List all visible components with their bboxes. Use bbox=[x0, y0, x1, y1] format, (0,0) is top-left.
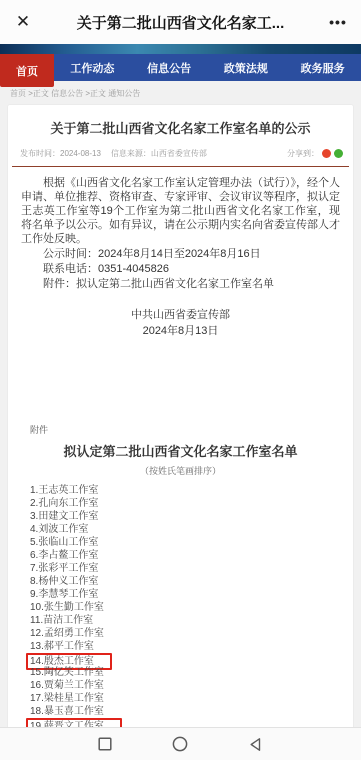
back-triangle-icon[interactable] bbox=[248, 737, 263, 752]
attachment-label: 附件 bbox=[30, 423, 353, 436]
attachment-subtitle: （按姓氏笔画排序） bbox=[8, 464, 353, 477]
app-title-bar: ✕ 关于第二批山西省文化名家工... ••• bbox=[0, 0, 361, 44]
article-body: 根据《山西省文化名家工作室认定管理办法（试行）》，经个人申请、单位推荐、资格审查… bbox=[8, 167, 353, 291]
share-label: 分享到： bbox=[287, 148, 319, 159]
workstudio-list-item: 10.张生勤工作室 bbox=[30, 601, 353, 614]
workstudio-list-item: 2.孔向东工作室 bbox=[30, 497, 353, 510]
article-title: 关于第二批山西省文化名家工作室名单的公示 bbox=[8, 105, 353, 137]
signature-block: 中共山西省委宣传部 2024年8月13日 bbox=[8, 307, 353, 339]
workstudio-list-item: 18.暴玉喜工作室 bbox=[30, 705, 353, 718]
breadcrumb[interactable]: 首页 >正文 信息公告 >正文 通知公告 bbox=[10, 88, 351, 99]
more-menu-icon[interactable]: ••• bbox=[315, 14, 361, 30]
attachment-title: 拟认定第二批山西省文化名家工作室名单 bbox=[8, 441, 353, 460]
workstudio-list-item: 7.张彩平工作室 bbox=[30, 562, 353, 575]
android-system-nav bbox=[0, 727, 361, 760]
nav-tab[interactable]: 首页 bbox=[0, 54, 54, 87]
signature-date: 2024年8月13日 bbox=[8, 323, 353, 339]
nav-tab[interactable]: 信息公告 bbox=[131, 54, 208, 81]
nav-tab[interactable]: 政策法规 bbox=[208, 54, 285, 81]
workstudio-list-item: 9.李慧琴工作室 bbox=[30, 588, 353, 601]
workstudio-list-item: 6.李占鳌工作室 bbox=[30, 549, 353, 562]
page-title: 关于第二批山西省文化名家工... bbox=[46, 12, 315, 33]
article-paragraph: 公示时间：2024年8月14日至2024年8月16日 bbox=[21, 247, 340, 261]
workstudio-list-item: 8.杨仲义工作室 bbox=[30, 575, 353, 588]
home-circle-icon[interactable] bbox=[172, 736, 188, 752]
workstudio-list: 1.王志英工作室2.孔向东工作室3.田建文工作室4.刘波工作室5.张临山工作室6… bbox=[30, 484, 353, 731]
recents-square-icon[interactable] bbox=[98, 737, 112, 751]
workstudio-list-item: 5.张临山工作室 bbox=[30, 536, 353, 549]
workstudio-list-item: 3.田建文工作室 bbox=[30, 510, 353, 523]
workstudio-list-item: 14.殷杰工作室 bbox=[30, 653, 353, 666]
close-icon[interactable]: ✕ bbox=[0, 12, 46, 32]
weibo-share-icon[interactable] bbox=[322, 149, 331, 158]
workstudio-list-item: 11.苗洁工作室 bbox=[30, 614, 353, 627]
article-meta: 发布时间：2024-08-13 信息来源：山西省委宣传部 分享到： bbox=[8, 137, 353, 166]
publish-date: 发布时间：2024-08-13 bbox=[20, 148, 101, 159]
signature-org: 中共山西省委宣传部 bbox=[8, 307, 353, 323]
nav-tab[interactable]: 政务服务 bbox=[284, 54, 361, 81]
article-card: 关于第二批山西省文化名家工作室名单的公示 发布时间：2024-08-13 信息来… bbox=[7, 104, 354, 744]
workstudio-list-item: 16.贾菊兰工作室 bbox=[30, 679, 353, 692]
article-paragraph: 附件：拟认定第二批山西省文化名家工作室名单 bbox=[21, 277, 340, 291]
header-banner-image bbox=[0, 44, 361, 54]
wechat-share-icon[interactable] bbox=[334, 149, 343, 158]
workstudio-list-item: 4.刘波工作室 bbox=[30, 523, 353, 536]
info-source: 信息来源：山西省委宣传部 bbox=[111, 148, 207, 159]
workstudio-list-item: 17.梁桂星工作室 bbox=[30, 692, 353, 705]
article-paragraph: 联系电话：0351-4045826 bbox=[21, 262, 340, 276]
workstudio-list-item: 1.王志英工作室 bbox=[30, 484, 353, 497]
workstudio-list-item: 12.孟绍勇工作室 bbox=[30, 627, 353, 640]
workstudio-list-item: 15.陶亿笑工作室 bbox=[30, 666, 353, 679]
article-paragraph: 根据《山西省文化名家工作室认定管理办法（试行）》，经个人申请、单位推荐、资格审查… bbox=[21, 176, 340, 246]
nav-tab[interactable]: 工作动态 bbox=[54, 54, 131, 81]
nav-tabs: 首页工作动态信息公告政策法规政务服务 bbox=[0, 54, 361, 81]
workstudio-list-item: 13.郝平工作室 bbox=[30, 640, 353, 653]
